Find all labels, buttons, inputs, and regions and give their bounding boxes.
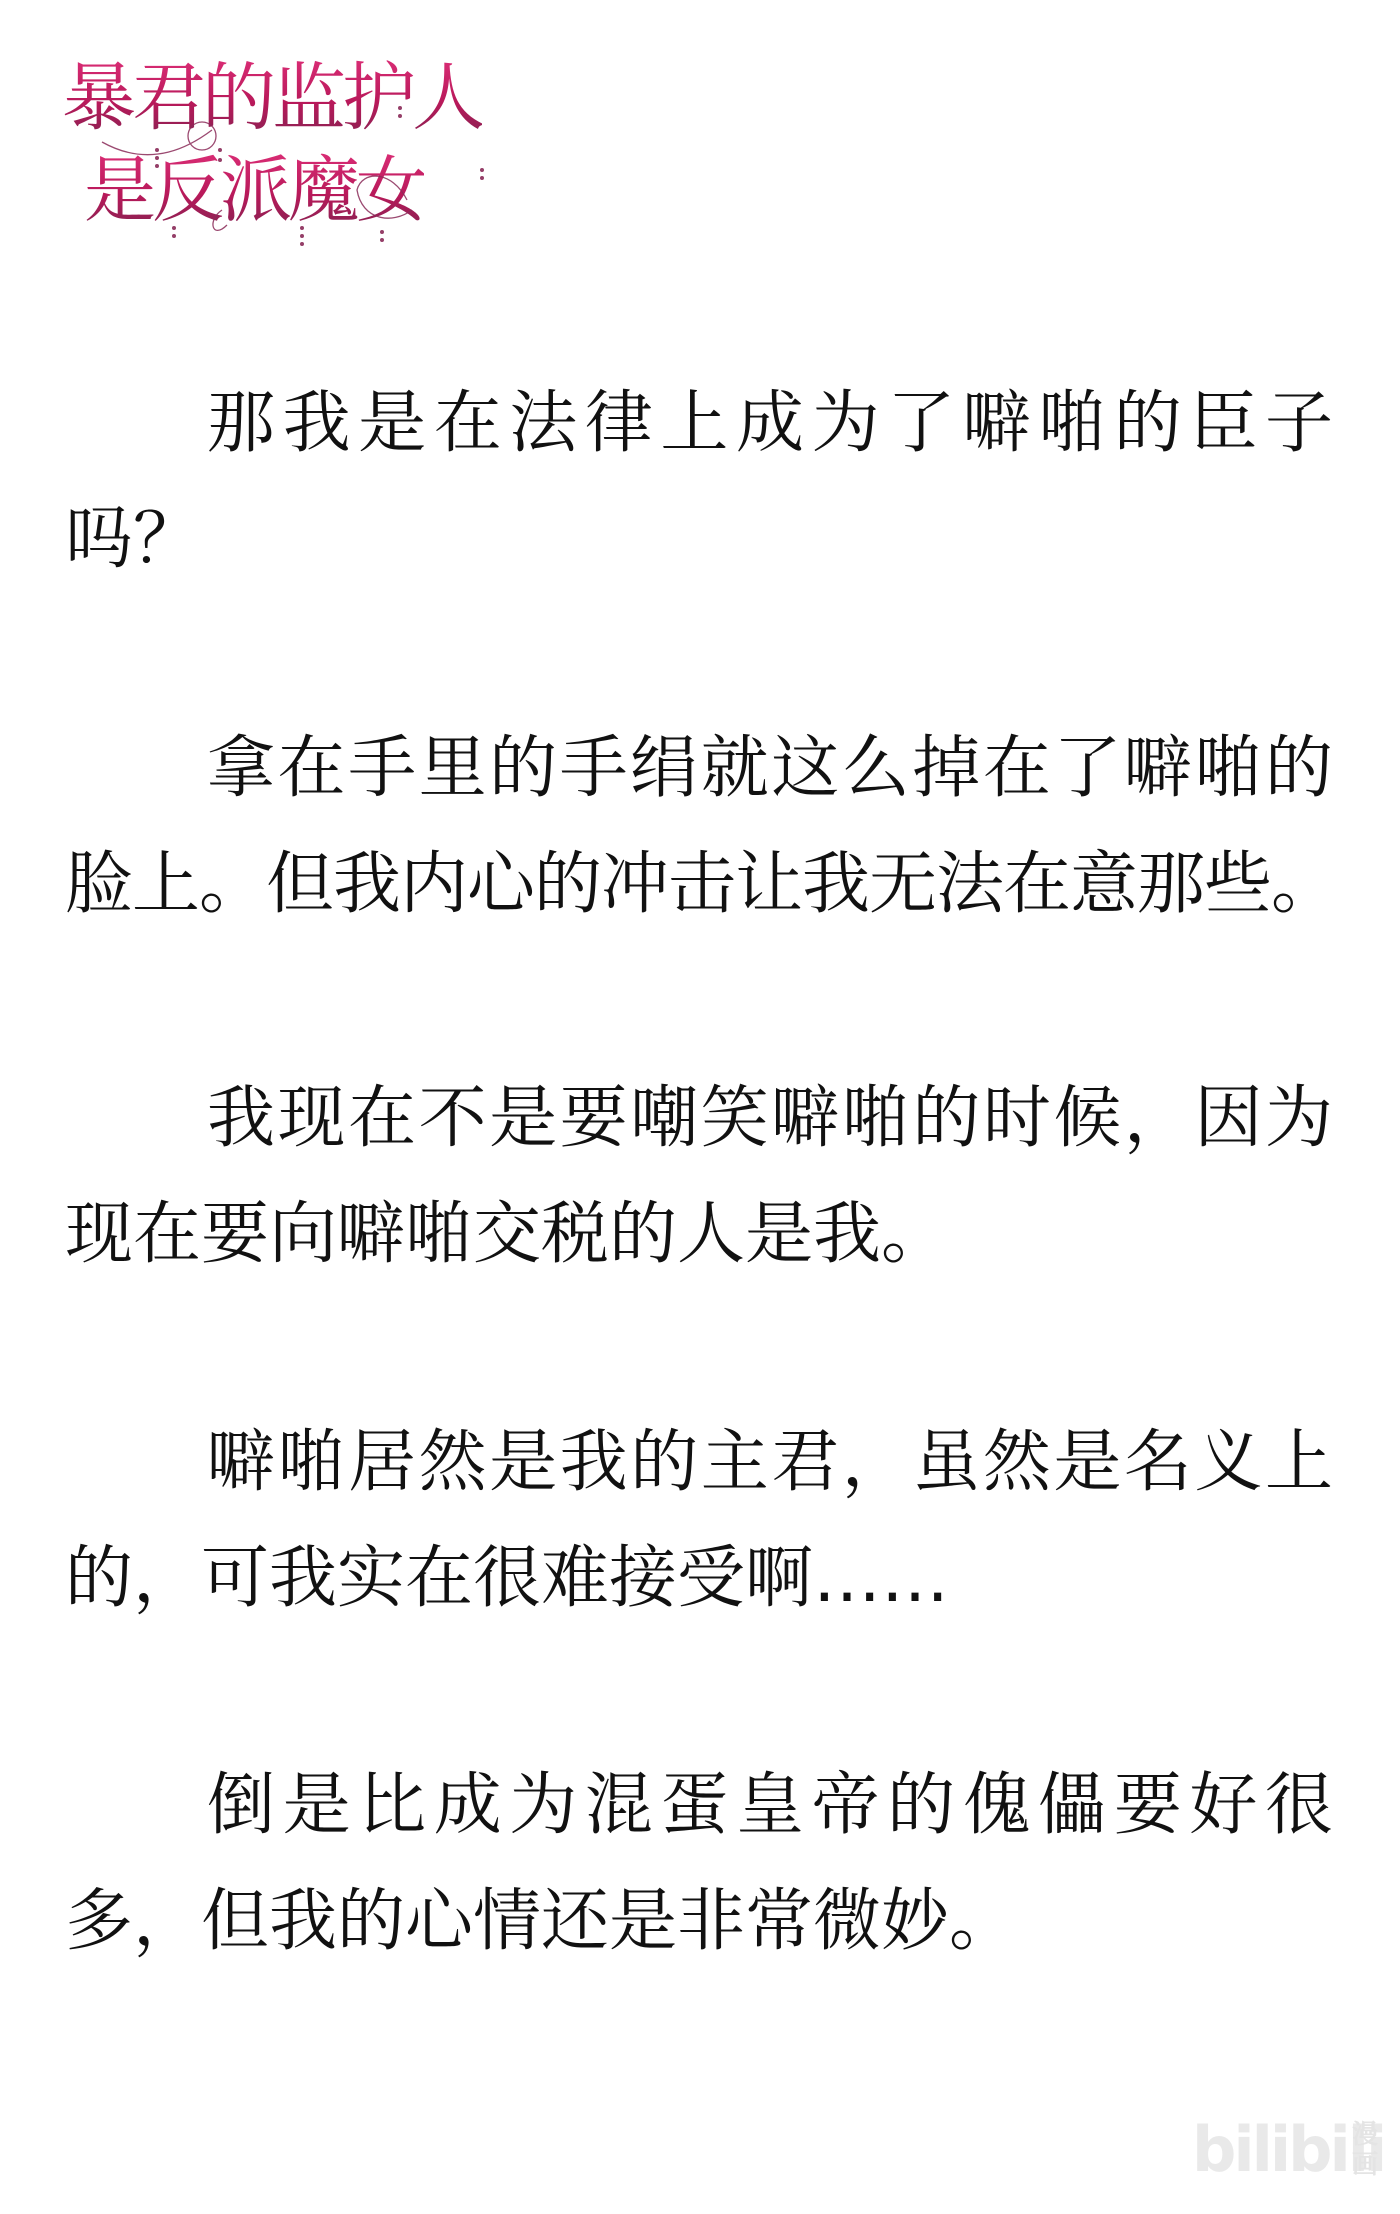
paragraph-line: 噼啪居然是我的主君，虽然是名义上	[65, 1405, 1333, 1521]
paragraph-line: 多，但我的心情还是非常微妙。	[65, 1864, 1333, 1980]
paragraph-1: 那我是在法律上成为了噼啪的臣子 吗？	[65, 366, 1333, 598]
paragraph-line: 倒是比成为混蛋皇帝的傀儡要好很	[65, 1748, 1333, 1864]
paragraph-line: 的，可我实在很难接受啊……	[65, 1521, 1333, 1637]
paragraph-line: 吗？	[65, 482, 1333, 598]
paragraph-line: 那我是在法律上成为了噼啪的臣子	[65, 366, 1333, 482]
comic-title-logo: 暴君的监护人 是反派魔女	[62, 50, 502, 250]
paragraph-line: 脸上。但我内心的冲击让我无法在意那些。	[65, 827, 1333, 943]
paragraph-3: 我现在不是要嘲笑噼啪的时候，因为 现在要向噼啪交税的人是我。	[65, 1061, 1333, 1293]
watermark-sub: 漫画	[1352, 2120, 1382, 2180]
title-line-2: 是反派魔女	[84, 144, 424, 236]
paragraph-line: 现在要向噼啪交税的人是我。	[65, 1177, 1333, 1293]
title-line-1: 暴君的监护人	[62, 50, 482, 146]
paragraph-line: 我现在不是要嘲笑噼啪的时候，因为	[65, 1061, 1333, 1177]
paragraph-5: 倒是比成为混蛋皇帝的傀儡要好很 多，但我的心情还是非常微妙。	[65, 1748, 1333, 1980]
paragraph-2: 拿在手里的手绢就这么掉在了噼啪的 脸上。但我内心的冲击让我无法在意那些。	[65, 711, 1333, 943]
paragraph-line: 拿在手里的手绢就这么掉在了噼啪的	[65, 711, 1333, 827]
bilibili-comics-watermark: bilibili 漫画	[1192, 2118, 1382, 2188]
paragraph-4: 噼啪居然是我的主君，虽然是名义上 的，可我实在很难接受啊……	[65, 1405, 1333, 1637]
